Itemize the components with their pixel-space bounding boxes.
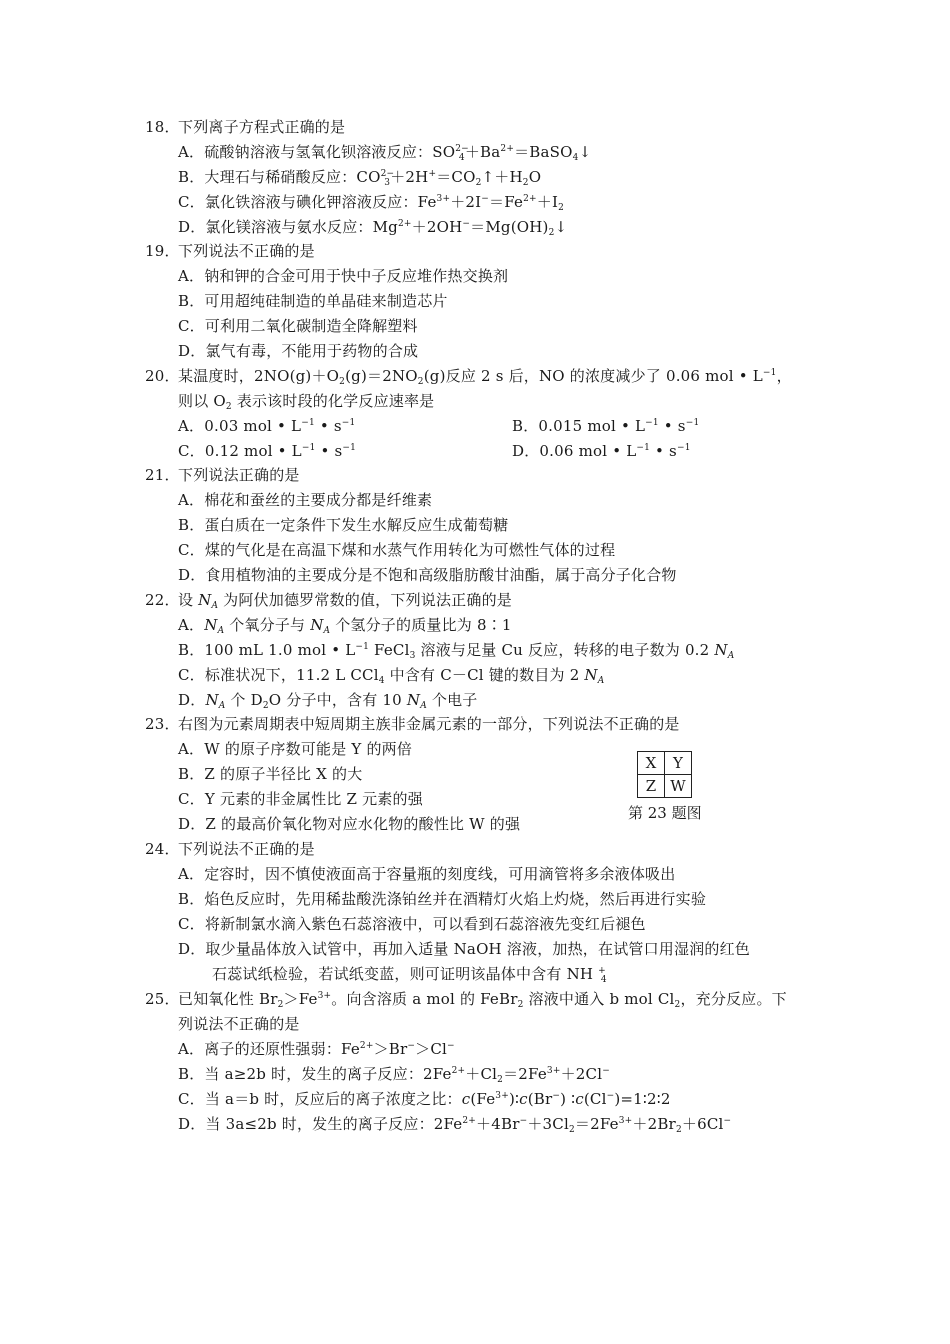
element-cell-y: Y bbox=[665, 752, 692, 775]
option-b-text: B．0.015 mol • L−1 • s−1 bbox=[512, 414, 699, 438]
question-number: 21． bbox=[145, 463, 180, 487]
question-number: 24． bbox=[145, 837, 180, 861]
option-text: D．当 3a≤2b 时，发生的离子反应：2Fe2+＋4Br−＋3Cl2＝2Fe3… bbox=[178, 1112, 731, 1136]
question-stem: 右图为元素周期表中短周期主族非金属元素的一部分，下列说法不正确的是 bbox=[178, 712, 680, 736]
question-stem: 设 NA 为阿伏加德罗常数的值，下列说法正确的是 bbox=[178, 588, 512, 612]
option-text: A．钠和钾的合金可用于快中子反应堆作热交换剂 bbox=[178, 264, 508, 288]
option-text: A．硫酸钠溶液与氢氧化钡溶液反应：SO2−4＋Ba2+＝BaSO4↓ bbox=[178, 140, 591, 164]
element-cell-x: X bbox=[638, 752, 665, 775]
figure-caption: 第 23 题图 bbox=[628, 802, 702, 824]
question-stem-continued: 列说法不正确的是 bbox=[178, 1012, 300, 1036]
option-text: D．食用植物油的主要成分是不饱和高级脂肪酸甘油酯，属于高分子化合物 bbox=[178, 563, 677, 587]
option-text: A．定容时，因不慎使液面高于容量瓶的刻度线，可用滴管将多余液体吸出 bbox=[178, 862, 675, 886]
question-number: 18． bbox=[145, 115, 180, 139]
option-text: B．100 mL 1.0 mol • L−1 FeCl3 溶液与足量 Cu 反应… bbox=[178, 638, 734, 662]
question-stem: 下列说法不正确的是 bbox=[178, 239, 315, 263]
question-stem: 下列说法正确的是 bbox=[178, 463, 300, 487]
periodic-table-fragment: X Y Z W bbox=[637, 751, 692, 798]
option-text: B．当 a≥2b 时，发生的离子反应：2Fe2+＋Cl2＝2Fe3+＋2Cl− bbox=[178, 1062, 610, 1086]
option-text: C．煤的气化是在高温下煤和水蒸气作用转化为可燃性气体的过程 bbox=[178, 538, 615, 562]
question-stem: 某温度时，2NO(g)＋O2(g)＝2NO2(g)反应 2 s 后，NO 的浓度… bbox=[178, 364, 792, 388]
exam-page: 18． 下列离子方程式正确的是 A．硫酸钠溶液与氢氧化钡溶液反应：SO2−4＋B… bbox=[0, 0, 950, 1344]
question-number: 23． bbox=[145, 712, 180, 736]
option-c-text: C．0.12 mol • L−1 • s−1 bbox=[178, 439, 356, 463]
question-stem: 下列离子方程式正确的是 bbox=[178, 115, 345, 139]
question-stem: 已知氧化性 Br2＞Fe3+。向含溶质 a mol 的 FeBr2 溶液中通入 … bbox=[178, 987, 787, 1011]
option-text: A．棉花和蚕丝的主要成分都是纤维素 bbox=[178, 488, 432, 512]
element-cell-w: W bbox=[665, 775, 692, 798]
question-number: 25． bbox=[145, 987, 180, 1011]
option-text: C．Y 元素的非金属性比 Z 元素的强 bbox=[178, 787, 423, 811]
option-text: D．Z 的最高价氧化物对应水化物的酸性比 W 的强 bbox=[178, 812, 520, 836]
option-text: C．当 a＝b 时，反应后的离子浓度之比：c(Fe3+)∶c(Br−) ∶c(C… bbox=[178, 1087, 671, 1111]
option-text: C．标准状况下，11.2 L CCl4 中含有 C－Cl 键的数目为 2 NA bbox=[178, 663, 604, 687]
question-number: 20． bbox=[145, 364, 180, 388]
option-text: D．氯化镁溶液与氨水反应：Mg2+＋2OH−＝Mg(OH)2↓ bbox=[178, 215, 567, 239]
option-text: C．将新制氯水滴入紫色石蕊溶液中，可以看到石蕊溶液先变红后褪色 bbox=[178, 912, 646, 936]
option-d-text: D．0.06 mol • L−1 • s−1 bbox=[512, 439, 691, 463]
option-text: D．取少量晶体放入试管中，再加入适量 NaOH 溶液，加热，在试管口用湿润的红色 bbox=[178, 937, 750, 961]
option-text: D．氯气有毒，不能用于药物的合成 bbox=[178, 339, 418, 363]
option-text-continued: 石蕊试纸检验，若试纸变蓝，则可证明该晶体中含有 NH +4 bbox=[212, 962, 607, 986]
option-text: A．NA 个氧分子与 NA 个氢分子的质量比为 8∶1 bbox=[178, 613, 512, 637]
option-text: B．可用超纯硅制造的单晶硅来制造芯片 bbox=[178, 289, 448, 313]
option-text: C．氯化铁溶液与碘化钾溶液反应：Fe3+＋2I−＝Fe2+＋I2 bbox=[178, 190, 564, 214]
option-text: C．可利用二氧化碳制造全降解塑料 bbox=[178, 314, 418, 338]
option-text: B．焰色反应时，先用稀盐酸洗涤铂丝并在酒精灯火焰上灼烧，然后再进行实验 bbox=[178, 887, 706, 911]
option-text: B．Z 的原子半径比 X 的大 bbox=[178, 762, 362, 786]
question-stem-continued: 则以 O2 表示该时段的化学反应速率是 bbox=[178, 389, 434, 413]
question-number: 22． bbox=[145, 588, 180, 612]
question-number: 19． bbox=[145, 239, 180, 263]
question-stem: 下列说法不正确的是 bbox=[178, 837, 315, 861]
option-a-text: A．0.03 mol • L−1 • s−1 bbox=[178, 414, 355, 438]
option-text: B．大理石与稀硝酸反应：CO2−3＋2H+＝CO2↑＋H2O bbox=[178, 165, 541, 189]
element-cell-z: Z bbox=[638, 775, 665, 798]
option-text: A．W 的原子序数可能是 Y 的两倍 bbox=[178, 737, 412, 761]
option-text: B．蛋白质在一定条件下发生水解反应生成葡萄糖 bbox=[178, 513, 508, 537]
option-text: D．NA 个 D2O 分子中，含有 10 NA 个电子 bbox=[178, 688, 477, 712]
option-text: A．离子的还原性强弱：Fe2+＞Br−＞Cl− bbox=[178, 1037, 455, 1061]
